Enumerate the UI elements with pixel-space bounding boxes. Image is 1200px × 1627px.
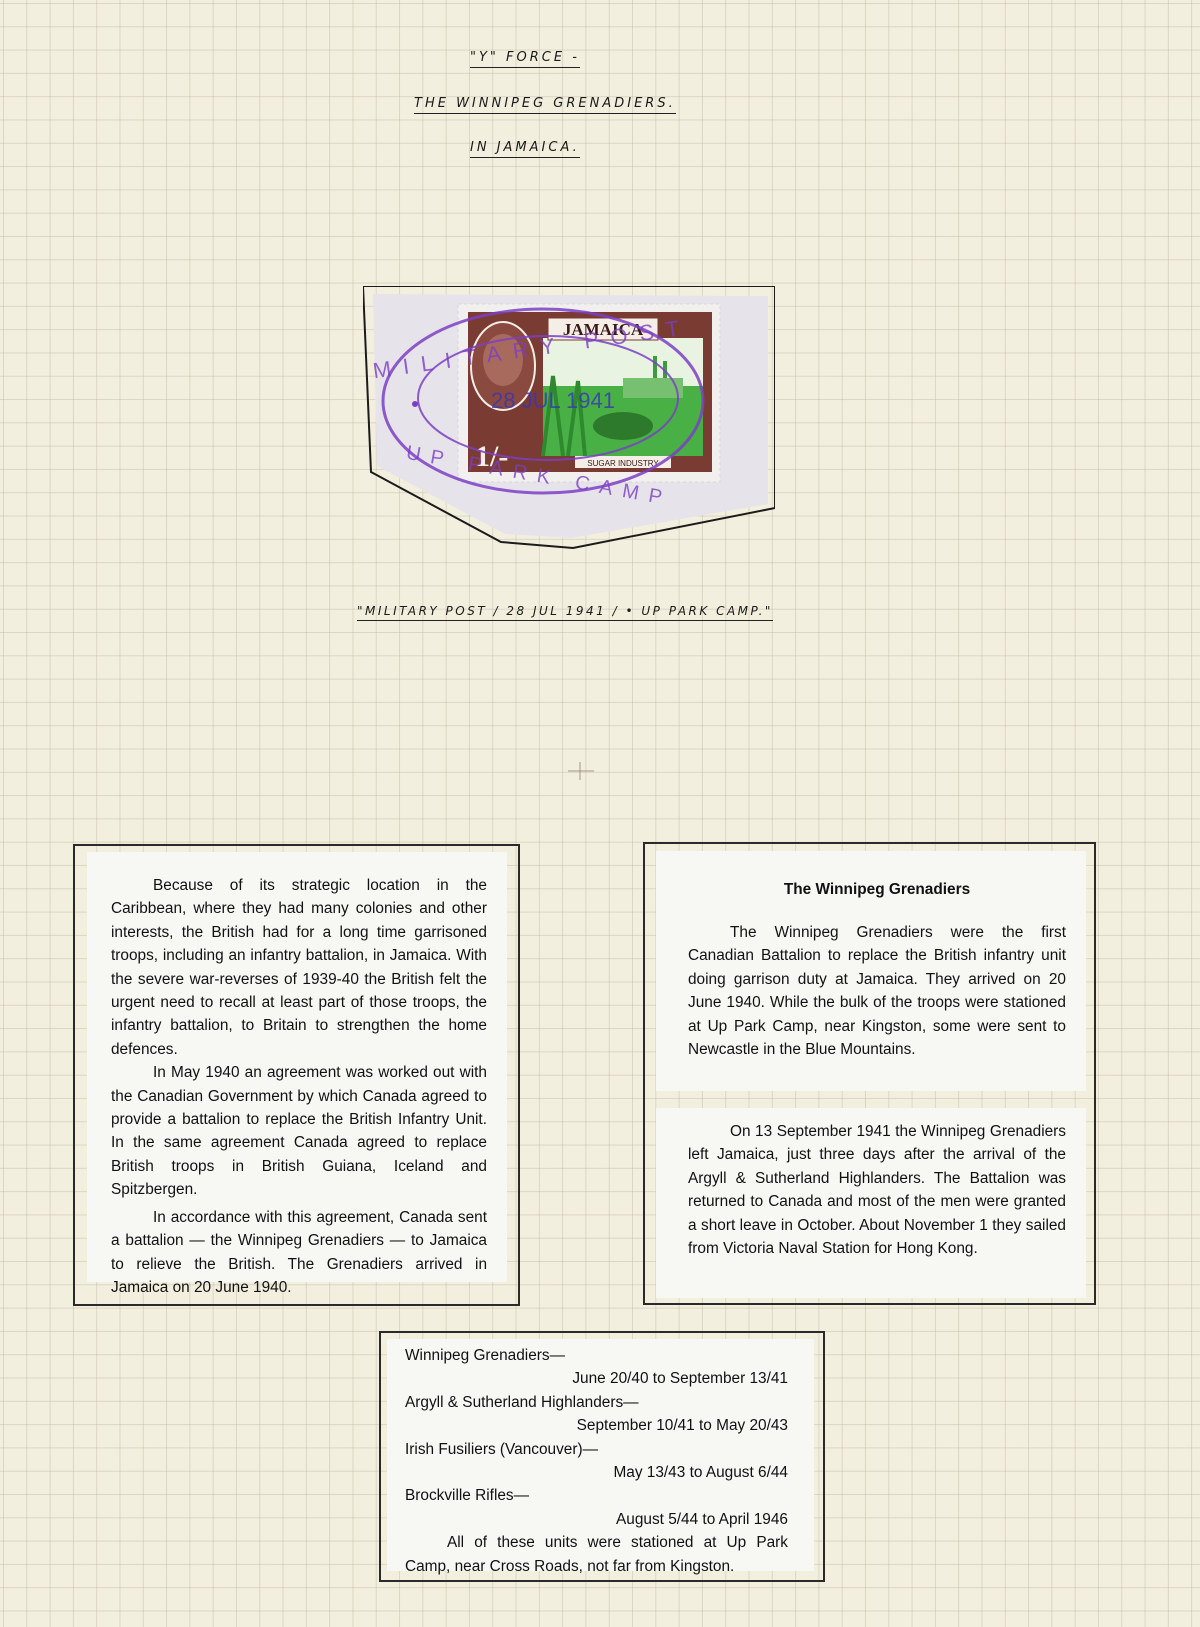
stamp-vignette-label: SUGAR INDUSTRY xyxy=(587,459,659,468)
history-box: Because of its strategic location in the… xyxy=(73,844,520,1306)
grenadiers-box: The Winnipeg Grenadiers The Winnipeg Gre… xyxy=(643,842,1096,1305)
heading-in-jamaica: In Jamaica. xyxy=(470,140,580,155)
heading-winnipeg-grenadiers-text: The Winnipeg Grenadiers. xyxy=(414,96,676,114)
postmark-date: 28 JUL 1941 xyxy=(491,388,615,413)
stamp-on-piece: JAMAICA 1/- SUGAR INDUSTRY MILITARY POST… xyxy=(363,286,775,554)
unit-dates: June 20/40 to September 13/41 xyxy=(405,1367,788,1390)
heading-y-force-text: "Y" Force - xyxy=(470,50,580,68)
history-paragraph-3: In accordance with this agreement, Canad… xyxy=(111,1206,487,1300)
postmark-caption: "Military Post / 28 Jul 1941 / • Up Park… xyxy=(357,604,773,618)
units-timeline-panel: Winnipeg Grenadiers— June 20/40 to Septe… xyxy=(387,1339,814,1571)
heading-in-jamaica-text: In Jamaica. xyxy=(470,140,580,158)
unit-dates: August 5/44 to April 1946 xyxy=(405,1508,788,1531)
heading-y-force: "Y" Force - xyxy=(470,50,580,65)
grenadiers-paragraph-2: On 13 September 1941 the Winnipeg Grenad… xyxy=(688,1120,1066,1260)
history-paragraph-2: In May 1940 an agreement was worked out … xyxy=(111,1061,487,1201)
units-timeline-box: Winnipeg Grenadiers— June 20/40 to Septe… xyxy=(379,1331,825,1582)
unit-dates: May 13/43 to August 6/44 xyxy=(405,1461,788,1484)
stamp-illustration: JAMAICA 1/- SUGAR INDUSTRY MILITARY POST… xyxy=(363,286,775,554)
unit-name: Argyll & Sutherland Highlanders— xyxy=(405,1391,788,1414)
unit-name: Irish Fusiliers (Vancouver)— xyxy=(405,1438,788,1461)
heading-winnipeg-grenadiers: The Winnipeg Grenadiers. xyxy=(414,96,676,111)
unit-name: Brockville Rifles— xyxy=(405,1484,788,1507)
grenadiers-title: The Winnipeg Grenadiers xyxy=(688,881,1066,899)
grenadiers-paragraph-1: The Winnipeg Grenadiers were the first C… xyxy=(688,921,1066,1061)
unit-name: Winnipeg Grenadiers— xyxy=(405,1344,788,1367)
history-panel: Because of its strategic location in the… xyxy=(87,852,507,1282)
units-note: All of these units were stationed at Up … xyxy=(405,1531,788,1578)
postmark-caption-text: "Military Post / 28 Jul 1941 / • Up Park… xyxy=(357,604,773,621)
unit-dates: September 10/41 to May 20/43 xyxy=(405,1414,788,1437)
grenadiers-panel-arrival: The Winnipeg Grenadiers The Winnipeg Gre… xyxy=(656,851,1086,1091)
history-paragraph-1: Because of its strategic location in the… xyxy=(111,874,487,1061)
center-cross-mark xyxy=(568,764,594,778)
grenadiers-panel-departure: On 13 September 1941 the Winnipeg Grenad… xyxy=(656,1108,1086,1298)
